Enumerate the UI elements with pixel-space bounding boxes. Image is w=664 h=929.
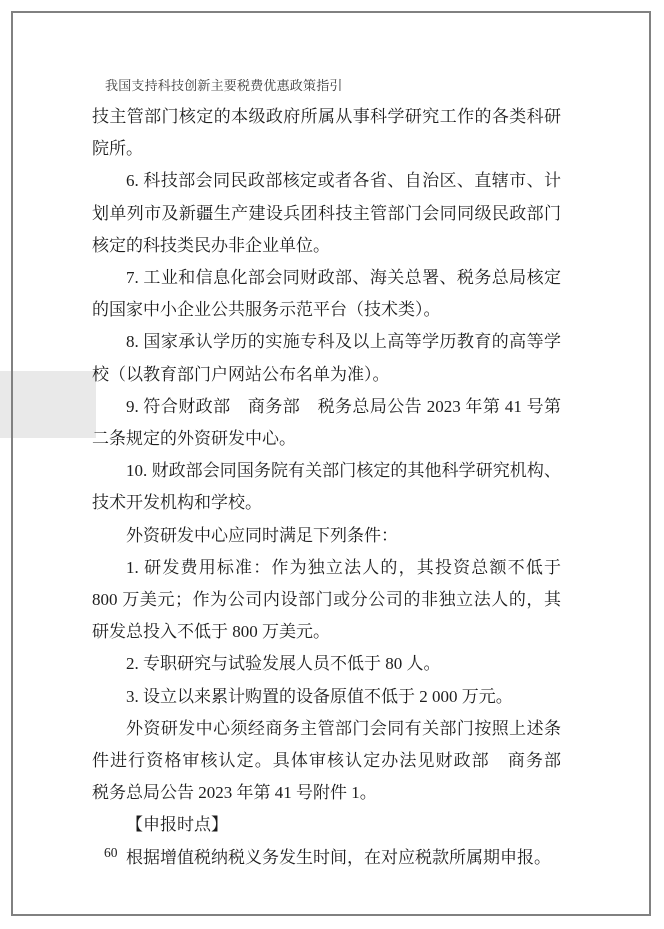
para-declare-time-body: 根据增值税纳税义务发生时间，在对应税款所属期申报。 [92,842,561,874]
para-declare-time-header: 【申报时点】 [92,809,561,841]
para-item-9: 9. 符合财政部 商务部 税务总局公告 2023 年第 41 号第二条规定的外资… [92,391,561,455]
page-body: 技主管部门核定的本级政府所属从事科学研究工作的各类科研院所。 6. 科技部会同民… [92,101,561,874]
para-item-8: 8. 国家承认学历的实施专科及以上高等学历教育的高等学校（以教育部门户网站公布名… [92,326,561,390]
para-continuation: 技主管部门核定的本级政府所属从事科学研究工作的各类科研院所。 [92,101,561,165]
para-accreditation: 外资研发中心须经商务主管部门会同有关部门按照上述条件进行资格审核认定。具体审核认… [92,713,561,810]
running-header: 我国支持科技创新主要税费优惠政策指引 [105,75,343,94]
document-page: 我国支持科技创新主要税费优惠政策指引 技主管部门核定的本级政府所属从事科学研究工… [0,0,664,929]
para-condition-3: 3. 设立以来累计购置的设备原值不低于 2 000 万元。 [92,681,561,713]
para-item-10: 10. 财政部会同国务院有关部门核定的其他科学研究机构、技术开发机构和学校。 [92,455,561,519]
para-item-6: 6. 科技部会同民政部核定或者各省、自治区、直辖市、计划单列市及新疆生产建设兵团… [92,165,561,262]
page-number: 60 [104,845,118,861]
para-item-7: 7. 工业和信息化部会同财政部、海关总署、税务总局核定的国家中小企业公共服务示范… [92,262,561,326]
para-conditions-intro: 外资研发中心应同时满足下列条件： [92,520,561,552]
para-condition-2: 2. 专职研究与试验发展人员不低于 80 人。 [92,648,561,680]
para-condition-1: 1. 研发费用标准：作为独立法人的，其投资总额不低于 800 万美元；作为公司内… [92,552,561,649]
